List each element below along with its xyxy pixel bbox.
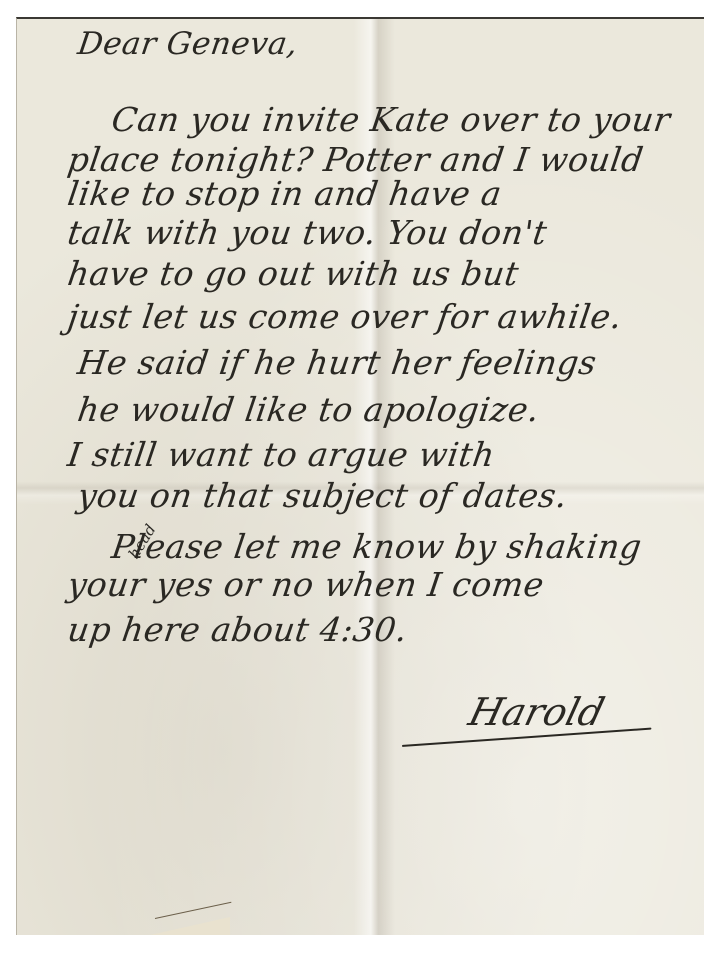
letter-line: your yes or no when I come <box>65 565 546 604</box>
salutation: Dear Geneva, <box>75 26 300 62</box>
signature: Harold <box>465 690 609 734</box>
letter-line: I still want to argue with <box>65 435 497 474</box>
letter-line: like to stop in and have a <box>65 174 504 213</box>
letter-line: he would like to apologize. <box>75 390 542 429</box>
letter-line: He said if he hurt her feelings <box>75 343 599 382</box>
letter-line: have to go out with us but <box>65 254 521 293</box>
letter-line: up here about 4:30. <box>65 610 410 649</box>
letter-line: just let us come over for awhile. <box>65 297 624 336</box>
letter-line: you on that subject of dates. <box>75 476 570 515</box>
letter-line: Can you invite Kate over to your <box>109 100 673 139</box>
letter-line: Please let me know by shaking <box>109 527 644 566</box>
handwritten-letter: Dear Geneva, Can you invite Kate over to… <box>0 0 720 960</box>
letter-line: talk with you two. You don't <box>65 213 549 252</box>
